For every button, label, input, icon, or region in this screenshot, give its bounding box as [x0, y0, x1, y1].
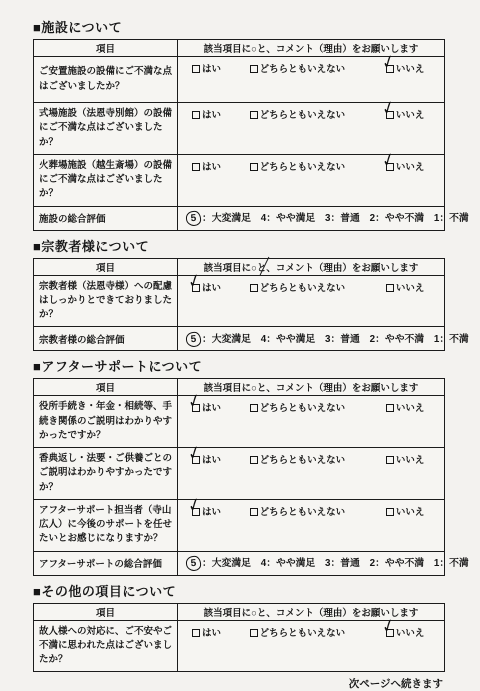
choice-group: ✓はい ✓どちらともいえない ✓いいえ [180, 504, 442, 518]
column-header-item: 項目 [34, 40, 178, 57]
answer-cell: ✓はい ✓どちらともいえない ✓いいえ [178, 154, 445, 206]
table-header-row: 項目 該当項目に○と、コメント（理由）をお願いします [34, 379, 445, 396]
choice-group: ✓はい ✓どちらともいえない ✓いいえ [180, 107, 442, 121]
checkbox-option-yes[interactable]: ✓はい [192, 400, 221, 414]
choice-label: どちらともいえない [260, 110, 346, 121]
checkbox-icon[interactable] [192, 163, 200, 171]
clergy-table: 項目 該当項目に○と、コメント（理由）をお願いします 宗教者様（法恩寺様）への配… [33, 258, 445, 352]
checkbox-icon[interactable] [250, 456, 258, 464]
rating-scale: 5：大変満足 4：やや満足 3：普通 2：やや不満 1：不満 [178, 206, 445, 230]
section-title: ■施設について [33, 17, 445, 36]
question-text: 火葬場施設（越生斎場）の設備にご不満な点はございましたか？ [34, 154, 178, 206]
choice-label: いいえ [396, 110, 425, 121]
answer-cell: ✓はい ✓どちらともいえない ✓いいえ [178, 499, 445, 551]
checkbox-icon[interactable] [192, 404, 200, 412]
choice-label: いいえ [396, 455, 425, 466]
checkbox-option-no[interactable]: ✓いいえ [386, 107, 425, 121]
checkbox-option-no[interactable]: ✓いいえ [386, 452, 425, 466]
section-clergy: ■宗教者様について 項目 該当項目に○と、コメント（理由）をお願いします 宗教者… [33, 236, 445, 352]
choice-label: はい [202, 110, 221, 121]
table-row: 宗教者様（法恩寺様）への配慮はしっかりとできておりましたか？ ✓はい ✓どちらと… [34, 275, 445, 327]
checkbox-icon[interactable] [250, 404, 258, 412]
table-row: 式場施設（法恩寺別館）の設備にご不満な点はございましたか？ ✓はい ✓どちらとも… [34, 103, 445, 155]
choice-label: どちらともいえない [260, 162, 346, 173]
answer-cell: ✓はい ✓どちらともいえない ✓いいえ [178, 275, 445, 327]
checkbox-option-neither[interactable]: ✓どちらともいえない [250, 400, 346, 414]
rating-label: 宗教者様の総合評価 [34, 327, 178, 351]
question-text: ご安置施設の設備にご不満な点はございましたか？ [34, 57, 178, 103]
section-title: ■その他の項目について [33, 581, 445, 600]
choice-label: はい [202, 507, 221, 518]
checkbox-icon[interactable] [192, 456, 200, 464]
table-row: アフターサポート担当者（寺山 広人）に今後のサポートを任せたいとお感じになります… [34, 499, 445, 551]
checkbox-icon[interactable] [386, 456, 394, 464]
checkbox-option-no[interactable]: ✓いいえ [386, 61, 425, 75]
rating-scale-text: ：大変満足 4：やや満足 3：普通 2：やや不満 1：不満 [202, 334, 469, 345]
choice-label: はい [202, 64, 221, 75]
checkbox-option-yes[interactable]: ✓はい [192, 61, 221, 75]
checkbox-option-no[interactable]: ✓いいえ [386, 280, 425, 294]
choice-label: いいえ [396, 64, 425, 75]
checkbox-icon[interactable] [386, 508, 394, 516]
checkbox-option-yes[interactable]: ✓はい [192, 452, 221, 466]
checkbox-icon[interactable] [250, 284, 258, 292]
rating-scale: 5：大変満足 4：やや満足 3：普通 2：やや不満 1：不満 [178, 551, 445, 575]
answer-cell: ✓はい ✓どちらともいえない ✓いいえ [178, 448, 445, 500]
column-header-answer: 該当項目に○と、コメント（理由）をお願いします [178, 40, 445, 57]
choice-label: どちらともいえない [260, 283, 346, 294]
table-row: 香典返し・法要・ご供養ごとのご説明はわかりやすかったですか？ ✓はい ✓どちらと… [34, 448, 445, 500]
checkbox-icon[interactable] [386, 65, 394, 73]
table-row: 役所手続き・年金・相続等、手続き関係のご説明はわかりやすかったですか？ ✓はい … [34, 396, 445, 448]
choice-label: はい [202, 283, 221, 294]
choice-label: はい [202, 403, 221, 414]
circled-rating-icon[interactable]: 5 [185, 210, 201, 226]
choice-label: はい [202, 162, 221, 173]
question-text: 香典返し・法要・ご供養ごとのご説明はわかりやすかったですか？ [34, 448, 178, 500]
choice-group: ✓はい ✓どちらともいえない ✓いいえ [180, 400, 442, 414]
choice-label: いいえ [396, 162, 425, 173]
table-header-row: 項目 該当項目に○と、コメント（理由）をお願いします [34, 40, 445, 57]
choice-group: ✓はい ✓どちらともいえない ✓いいえ [180, 61, 442, 75]
choice-label: どちらともいえない [260, 403, 346, 414]
checkbox-option-neither[interactable]: ✓どちらともいえない [250, 107, 346, 121]
checkbox-icon[interactable] [192, 508, 200, 516]
column-header-item: 項目 [34, 379, 178, 396]
choice-label: いいえ [396, 283, 425, 294]
question-text: 式場施設（法恩寺別館）の設備にご不満な点はございましたか？ [34, 103, 178, 155]
checkbox-option-yes[interactable]: ✓はい [192, 107, 221, 121]
checkbox-option-no[interactable]: ✓いいえ [386, 159, 425, 173]
checkbox-option-yes[interactable]: ✓はい [192, 280, 221, 294]
rating-label: 施設の総合評価 [34, 206, 178, 230]
checkbox-option-neither[interactable]: ✓どちらともいえない [250, 61, 346, 75]
checkbox-icon[interactable] [192, 284, 200, 292]
section-other: ■その他の項目について 項目 該当項目に○と、コメント（理由）をお願いします 故… [33, 581, 445, 601]
section-title: ■宗教者様について [33, 236, 445, 255]
choice-group: ✓はい ✓どちらともいえない ✓いいえ [180, 452, 442, 466]
column-header-answer: 該当項目に○と、コメント（理由）をお願いします [178, 379, 445, 396]
rating-row: アフターサポートの総合評価 5：大変満足 4：やや満足 3：普通 2：やや不満 … [34, 551, 445, 575]
question-text: 宗教者様（法恩寺様）への配慮はしっかりとできておりましたか？ [34, 275, 178, 327]
table-header-row: 項目 該当項目に○と、コメント（理由）をお願いします [34, 258, 445, 275]
answer-cell: ✓はい ✓どちらともいえない ✓いいえ [178, 103, 445, 155]
scanned-survey-page: ■施設について 項目 該当項目に○と、コメント（理由）をお願いします ご安置施設… [33, 12, 445, 600]
checkbox-option-no[interactable]: ✓いいえ [386, 400, 425, 414]
checkbox-option-yes[interactable]: ✓はい [192, 159, 221, 173]
column-header-item: 項目 [34, 258, 178, 275]
checkbox-option-neither[interactable]: ✓どちらともいえない [250, 280, 346, 294]
checkbox-option-neither[interactable]: ✓どちらともいえない [250, 452, 346, 466]
checkbox-icon[interactable] [250, 508, 258, 516]
column-header-answer-text: 該当項目に○と、コメント（理由）をお願いします [204, 263, 419, 274]
checkbox-icon[interactable] [386, 284, 394, 292]
checkbox-icon[interactable] [386, 404, 394, 412]
choice-label: どちらともいえない [260, 507, 346, 518]
checkbox-icon[interactable] [386, 111, 394, 119]
checkbox-icon[interactable] [250, 111, 258, 119]
section-facility: ■施設について 項目 該当項目に○と、コメント（理由）をお願いします ご安置施設… [33, 17, 445, 231]
checkbox-icon[interactable] [192, 111, 200, 119]
checkbox-option-neither[interactable]: ✓どちらともいえない [250, 159, 346, 173]
checkbox-icon[interactable] [386, 163, 394, 171]
checkbox-icon[interactable] [250, 65, 258, 73]
checkbox-option-neither[interactable]: ✓どちらともいえない [250, 504, 346, 518]
after-support-table: 項目 該当項目に○と、コメント（理由）をお願いします 役所手続き・年金・相続等、… [33, 378, 445, 575]
rating-scale-text: ：大変満足 4：やや満足 3：普通 2：やや不満 1：不満 [202, 213, 469, 224]
table-row: 火葬場施設（越生斎場）の設備にご不満な点はございましたか？ ✓はい ✓どちらとも… [34, 154, 445, 206]
rating-scale-text: ：大変満足 4：やや満足 3：普通 2：やや不満 1：不満 [202, 558, 469, 569]
choice-group: ✓はい ✓どちらともいえない ✓いいえ [180, 280, 442, 294]
choice-label: いいえ [396, 403, 425, 414]
choice-group: ✓はい ✓どちらともいえない ✓いいえ [180, 159, 442, 173]
table-row: ご安置施設の設備にご不満な点はございましたか？ ✓はい ✓どちらともいえない ✓… [34, 57, 445, 103]
checkbox-option-yes[interactable]: ✓はい [192, 504, 221, 518]
rating-row: 宗教者様の総合評価 5：大変満足 4：やや満足 3：普通 2：やや不満 1：不満 [34, 327, 445, 351]
rating-row: 施設の総合評価 5：大変満足 4：やや満足 3：普通 2：やや不満 1：不満 [34, 206, 445, 230]
choice-label: どちらともいえない [260, 64, 346, 75]
question-text: 役所手続き・年金・相続等、手続き関係のご説明はわかりやすかったですか？ [34, 396, 178, 448]
choice-label: どちらともいえない [260, 455, 346, 466]
facility-table: 項目 該当項目に○と、コメント（理由）をお願いします ご安置施設の設備にご不満な… [33, 39, 445, 231]
choice-label: はい [202, 455, 221, 466]
rating-scale: 5：大変満足 4：やや満足 3：普通 2：やや不満 1：不満 [178, 327, 445, 351]
checkbox-option-no[interactable]: ✓いいえ [386, 504, 425, 518]
checkbox-icon[interactable] [192, 65, 200, 73]
question-text: アフターサポート担当者（寺山 広人）に今後のサポートを任せたいとお感じになります… [34, 499, 178, 551]
choice-label: いいえ [396, 507, 425, 518]
circled-rating-icon[interactable]: 5 [185, 331, 201, 347]
section-after-support: ■アフターサポートについて 項目 該当項目に○と、コメント（理由）をお願いします… [33, 356, 445, 575]
column-header-answer: 該当項目に○と、コメント（理由）をお願いします [178, 258, 445, 275]
checkbox-icon[interactable] [250, 163, 258, 171]
answer-cell: ✓はい ✓どちらともいえない ✓いいえ [178, 396, 445, 448]
answer-cell: ✓はい ✓どちらともいえない ✓いいえ [178, 57, 445, 103]
circled-rating-icon[interactable]: 5 [185, 555, 201, 571]
rating-label: アフターサポートの総合評価 [34, 551, 178, 575]
section-title: ■アフターサポートについて [33, 356, 445, 375]
